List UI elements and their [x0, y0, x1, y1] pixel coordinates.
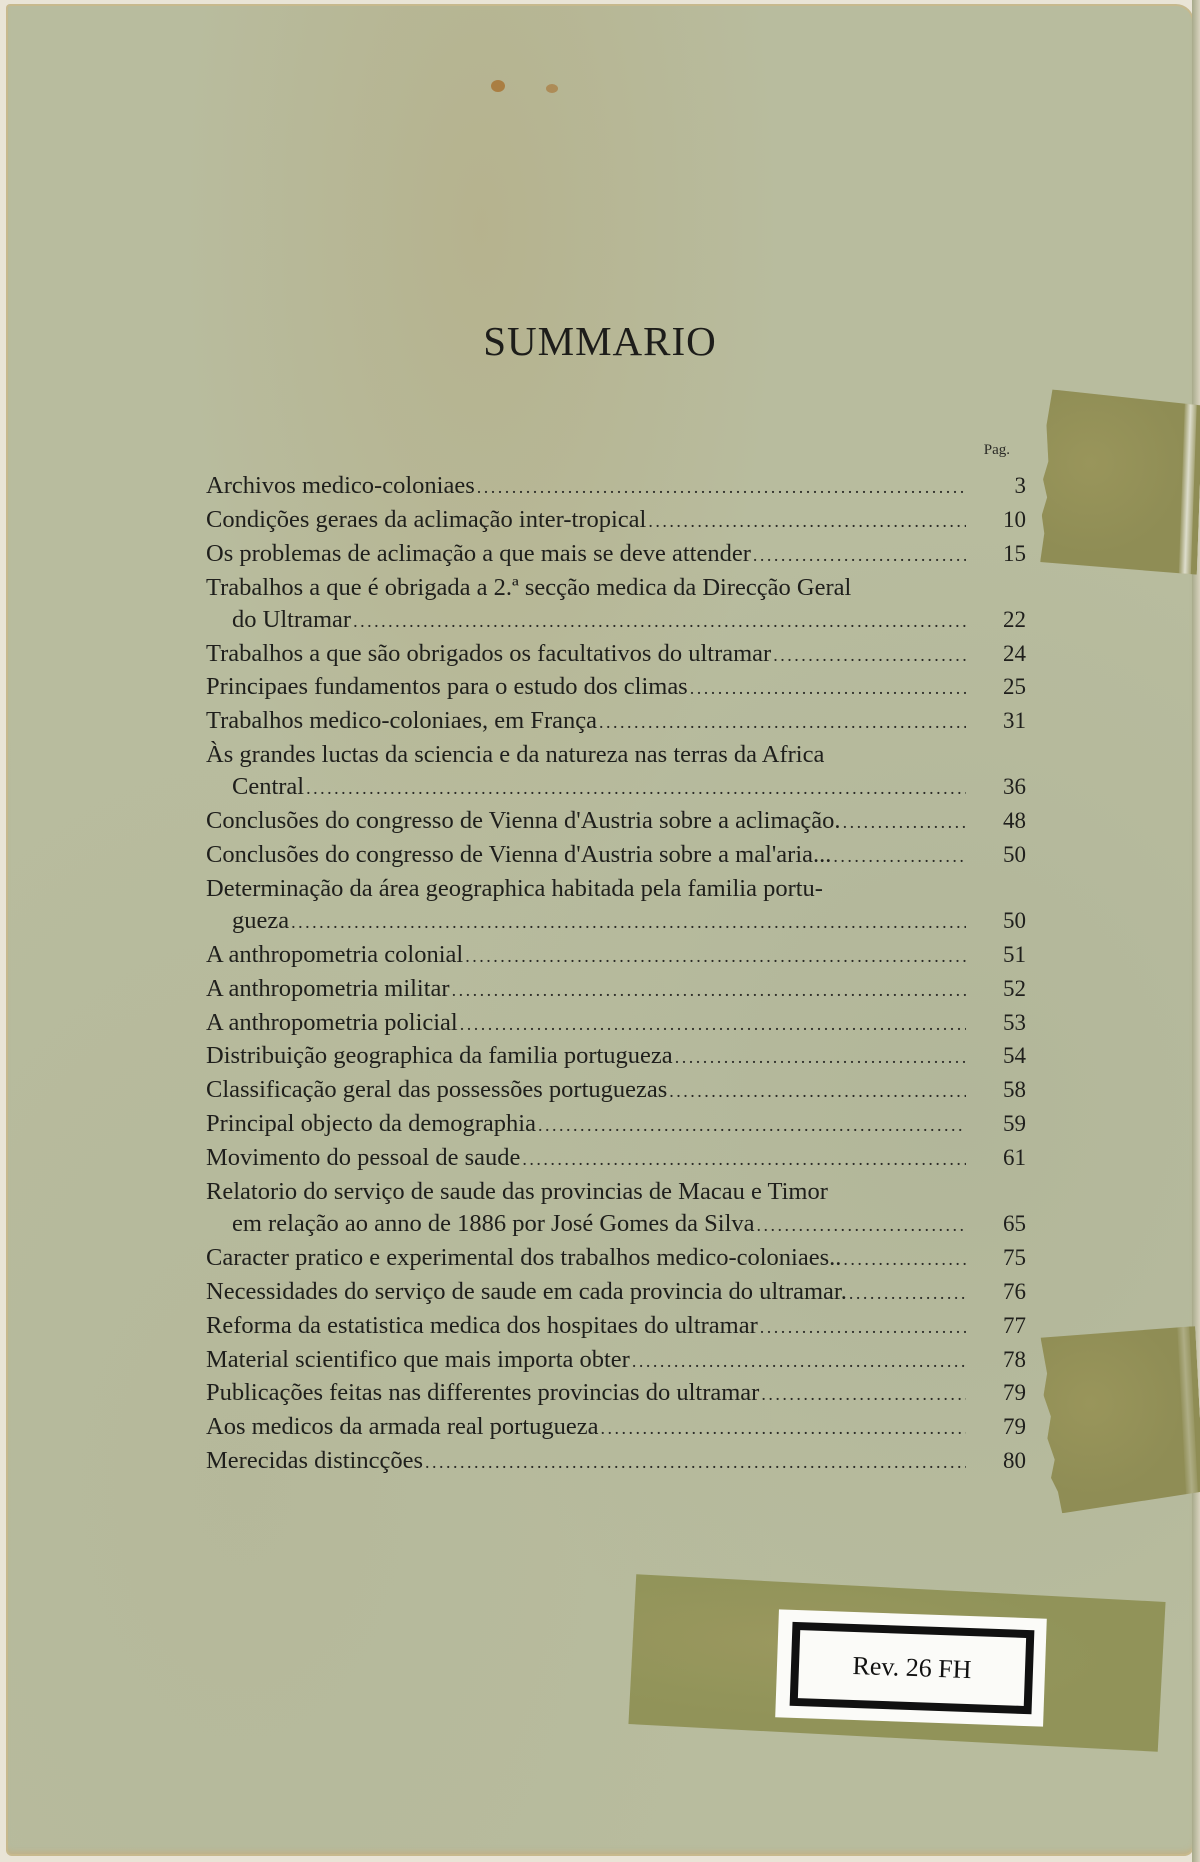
toc-page-number: 75	[978, 1242, 1026, 1274]
toc-entry: Material scientifico que mais importa ob…	[206, 1344, 1026, 1378]
dot-leader	[538, 1110, 966, 1142]
toc-entry: A anthropometria militar52	[206, 973, 1026, 1007]
toc-entry-line: Distribuição geographica da familia port…	[206, 1040, 1026, 1074]
toc-entry: Determinação da área geographica habitad…	[206, 873, 1026, 939]
toc-page-number: 36	[978, 771, 1026, 803]
toc-page-number: 22	[978, 604, 1026, 636]
toc-entry-line: Conclusões do congresso de Vienna d'Aust…	[206, 805, 1026, 839]
dot-leader	[849, 1278, 966, 1310]
toc-entry: A anthropometria policial53	[206, 1007, 1026, 1041]
toc-entry-title: Archivos medico-coloniaes	[206, 470, 475, 502]
toc-entry: Trabalhos a que é obrigada a 2.ª secção …	[206, 572, 1026, 638]
dot-leader	[753, 540, 966, 572]
page-edge	[1192, 0, 1200, 1862]
toc-entry-line: A anthropometria policial53	[206, 1007, 1026, 1041]
adhesive-tape	[1040, 389, 1200, 574]
dot-leader	[452, 975, 966, 1007]
toc-entry: Publicações feitas nas differentes provi…	[206, 1377, 1026, 1411]
toc-entry-line: Caracter pratico e experimental dos trab…	[206, 1242, 1026, 1276]
toc-entry-line: Trabalhos a que é obrigada a 2.ª secção …	[206, 572, 1026, 604]
toc-entry-title: Principaes fundamentos para o estudo dos…	[206, 671, 688, 703]
toc-page-number: 61	[978, 1142, 1026, 1174]
adhesive-tape	[1040, 1326, 1200, 1514]
toc-page-number: 24	[978, 638, 1026, 670]
toc-page-number: 54	[978, 1040, 1026, 1072]
page-title: SUMMARIO	[0, 317, 1200, 365]
toc-entry-title: Merecidas distincções	[206, 1445, 423, 1477]
toc-entry-title: Central	[232, 771, 304, 803]
toc-entry: Os problemas de aclimação a que mais se …	[206, 538, 1026, 572]
toc-entry: Distribuição geographica da familia port…	[206, 1040, 1026, 1074]
toc-entry-title: Às grandes luctas da sciencia e da natur…	[206, 739, 824, 771]
toc-page-number: 25	[978, 671, 1026, 703]
toc-page-number: 79	[978, 1411, 1026, 1443]
toc-entry-line: A anthropometria colonial51	[206, 939, 1026, 973]
toc-page-number: 79	[978, 1377, 1026, 1409]
toc-page-number: 50	[978, 839, 1026, 871]
toc-entry-title: Determinação da área geographica habitad…	[206, 873, 823, 905]
toc-entry: Trabalhos a que são obrigados os faculta…	[206, 638, 1026, 672]
toc-entry: Necessidades do serviço de saude em cada…	[206, 1276, 1026, 1310]
toc-entry-title: Classificação geral das possessões portu…	[206, 1074, 667, 1106]
toc-entry-line: Publicações feitas nas differentes provi…	[206, 1377, 1026, 1411]
toc-entry: Às grandes luctas da sciencia e da natur…	[206, 739, 1026, 805]
toc-entry-continuation: gueza50	[206, 905, 1026, 939]
toc-page-number: 53	[978, 1007, 1026, 1039]
toc-entry-line: Aos medicos da armada real portugueza79	[206, 1411, 1026, 1445]
dot-leader	[675, 1042, 966, 1074]
toc-entry-line: Reforma da estatistica medica dos hospit…	[206, 1310, 1026, 1344]
toc-entry-continuation: em relação ao anno de 1886 por José Gome…	[206, 1208, 1026, 1242]
toc-entry-title: Trabalhos a que são obrigados os faculta…	[206, 638, 771, 670]
tape-glint	[1177, 1326, 1198, 1506]
toc-entry-title: do Ultramar	[232, 604, 351, 636]
toc-entry-line: Material scientifico que mais importa ob…	[206, 1344, 1026, 1378]
toc-entry: Archivos medico-coloniaes3	[206, 470, 1026, 504]
toc-entry: Conclusões do congresso de Vienna d'Aust…	[206, 805, 1026, 839]
dot-leader	[632, 1346, 966, 1378]
toc-entry-line: Merecidas distincções80	[206, 1445, 1026, 1479]
toc-page-number: 10	[978, 504, 1026, 536]
toc-entry-title: Material scientifico que mais importa ob…	[206, 1344, 630, 1376]
toc-page-number: 31	[978, 705, 1026, 737]
toc-entry-line: Necessidades do serviço de saude em cada…	[206, 1276, 1026, 1310]
toc-entry: Aos medicos da armada real portugueza79	[206, 1411, 1026, 1445]
toc-entry-line: Trabalhos a que são obrigados os faculta…	[206, 638, 1026, 672]
dot-leader	[669, 1076, 966, 1108]
dot-leader	[291, 907, 966, 939]
toc-entry-line: Condições geraes da aclimação inter-trop…	[206, 504, 1026, 538]
table-of-contents: Archivos medico-coloniaes3Condições gera…	[206, 470, 1026, 1479]
shelf-label-frame: Rev. 26 FH	[790, 1622, 1035, 1714]
toc-entry-title: Conclusões do congresso de Vienna d'Aust…	[206, 805, 841, 837]
toc-entry-title: Conclusões do congresso de Vienna d'Aust…	[206, 839, 831, 871]
dot-leader	[773, 640, 966, 672]
dot-leader	[761, 1379, 966, 1411]
dot-leader	[460, 1009, 966, 1041]
dot-leader	[306, 773, 966, 805]
toc-entry-title: Distribuição geographica da familia port…	[206, 1040, 673, 1072]
toc-entry-title: Principal objecto da demographia	[206, 1108, 536, 1140]
toc-entry-title: Reforma da estatistica medica dos hospit…	[206, 1310, 758, 1342]
dot-leader	[843, 1244, 966, 1276]
toc-page-number: 58	[978, 1074, 1026, 1106]
toc-page-number: 3	[978, 470, 1026, 502]
toc-entry-title: Aos medicos da armada real portugueza	[206, 1411, 599, 1443]
dot-leader	[601, 1413, 966, 1445]
toc-entry-line: Trabalhos medico-coloniaes, em França31	[206, 705, 1026, 739]
dot-leader	[353, 606, 966, 638]
toc-entry: Caracter pratico e experimental dos trab…	[206, 1242, 1026, 1276]
toc-entry-title: Publicações feitas nas differentes provi…	[206, 1377, 759, 1409]
toc-page-number: 78	[978, 1344, 1026, 1376]
toc-entry: Trabalhos medico-coloniaes, em França31	[206, 705, 1026, 739]
toc-entry: Merecidas distincções80	[206, 1445, 1026, 1479]
shelf-label-text: Rev. 26 FH	[852, 1651, 972, 1685]
toc-page-number: 65	[978, 1208, 1026, 1240]
toc-page-number: 48	[978, 805, 1026, 837]
toc-page-number: 52	[978, 973, 1026, 1005]
dot-leader	[843, 807, 966, 839]
dot-leader	[833, 841, 966, 873]
dot-leader	[477, 472, 966, 504]
toc-entry: Movimento do pessoal de saude61	[206, 1142, 1026, 1176]
toc-entry-title: Caracter pratico e experimental dos trab…	[206, 1242, 841, 1274]
toc-entry-title: A anthropometria militar	[206, 973, 450, 1005]
toc-entry-title: Trabalhos medico-coloniaes, em França	[206, 705, 597, 737]
toc-entry: Condições geraes da aclimação inter-trop…	[206, 504, 1026, 538]
toc-entry: Conclusões do congresso de Vienna d'Aust…	[206, 839, 1026, 873]
toc-page-number: 15	[978, 538, 1026, 570]
foxing-stain	[491, 80, 505, 92]
toc-entry: Principal objecto da demographia59	[206, 1108, 1026, 1142]
toc-entry-line: Archivos medico-coloniaes3	[206, 470, 1026, 504]
foxing-stain	[546, 84, 558, 93]
dot-leader	[465, 941, 966, 973]
toc-entry-line: Determinação da área geographica habitad…	[206, 873, 1026, 905]
toc-entry-continuation: Central36	[206, 771, 1026, 805]
toc-entry-title: Trabalhos a que é obrigada a 2.ª secção …	[206, 572, 851, 604]
dot-leader	[648, 506, 966, 538]
toc-entry-line: Principaes fundamentos para o estudo dos…	[206, 671, 1026, 705]
toc-entry: Classificação geral das possessões portu…	[206, 1074, 1026, 1108]
toc-entry-line: Relatorio do serviço de saude das provin…	[206, 1176, 1026, 1208]
toc-entry-line: Os problemas de aclimação a que mais se …	[206, 538, 1026, 572]
toc-page-number: 50	[978, 905, 1026, 937]
toc-entry-continuation: do Ultramar22	[206, 604, 1026, 638]
toc-entry-line: Conclusões do congresso de Vienna d'Aust…	[206, 839, 1026, 873]
toc-entry: Reforma da estatistica medica dos hospit…	[206, 1310, 1026, 1344]
toc-entry-line: A anthropometria militar52	[206, 973, 1026, 1007]
toc-entry: Relatorio do serviço de saude das provin…	[206, 1176, 1026, 1242]
dot-leader	[757, 1210, 966, 1242]
dot-leader	[599, 707, 966, 739]
dot-leader	[760, 1312, 966, 1344]
page-column-label: Pag.	[980, 442, 1010, 459]
toc-entry-title: A anthropometria colonial	[206, 939, 463, 971]
toc-entry: A anthropometria colonial51	[206, 939, 1026, 973]
toc-entry: Principaes fundamentos para o estudo dos…	[206, 671, 1026, 705]
toc-entry-title: Necessidades do serviço de saude em cada…	[206, 1276, 847, 1308]
toc-entry-title: Condições geraes da aclimação inter-trop…	[206, 504, 646, 536]
tape-glint	[1179, 394, 1197, 574]
dot-leader	[690, 673, 966, 705]
toc-page-number: 51	[978, 939, 1026, 971]
toc-entry-title: gueza	[232, 905, 289, 937]
toc-entry-line: Principal objecto da demographia59	[206, 1108, 1026, 1142]
dot-leader	[522, 1144, 966, 1176]
shelf-label: Rev. 26 FH	[775, 1609, 1047, 1726]
toc-page-number: 77	[978, 1310, 1026, 1342]
toc-page-number: 59	[978, 1108, 1026, 1140]
toc-entry-line: Movimento do pessoal de saude61	[206, 1142, 1026, 1176]
toc-entry-title: Relatorio do serviço de saude das provin…	[206, 1176, 828, 1208]
toc-page-number: 80	[978, 1445, 1026, 1477]
toc-entry-title: Os problemas de aclimação a que mais se …	[206, 538, 751, 570]
dot-leader	[425, 1447, 966, 1479]
toc-entry-line: Classificação geral das possessões portu…	[206, 1074, 1026, 1108]
toc-entry-title: A anthropometria policial	[206, 1007, 458, 1039]
toc-page-number: 76	[978, 1276, 1026, 1308]
toc-entry-title: Movimento do pessoal de saude	[206, 1142, 520, 1174]
toc-entry-title: em relação ao anno de 1886 por José Gome…	[232, 1208, 755, 1240]
toc-entry-line: Às grandes luctas da sciencia e da natur…	[206, 739, 1026, 771]
